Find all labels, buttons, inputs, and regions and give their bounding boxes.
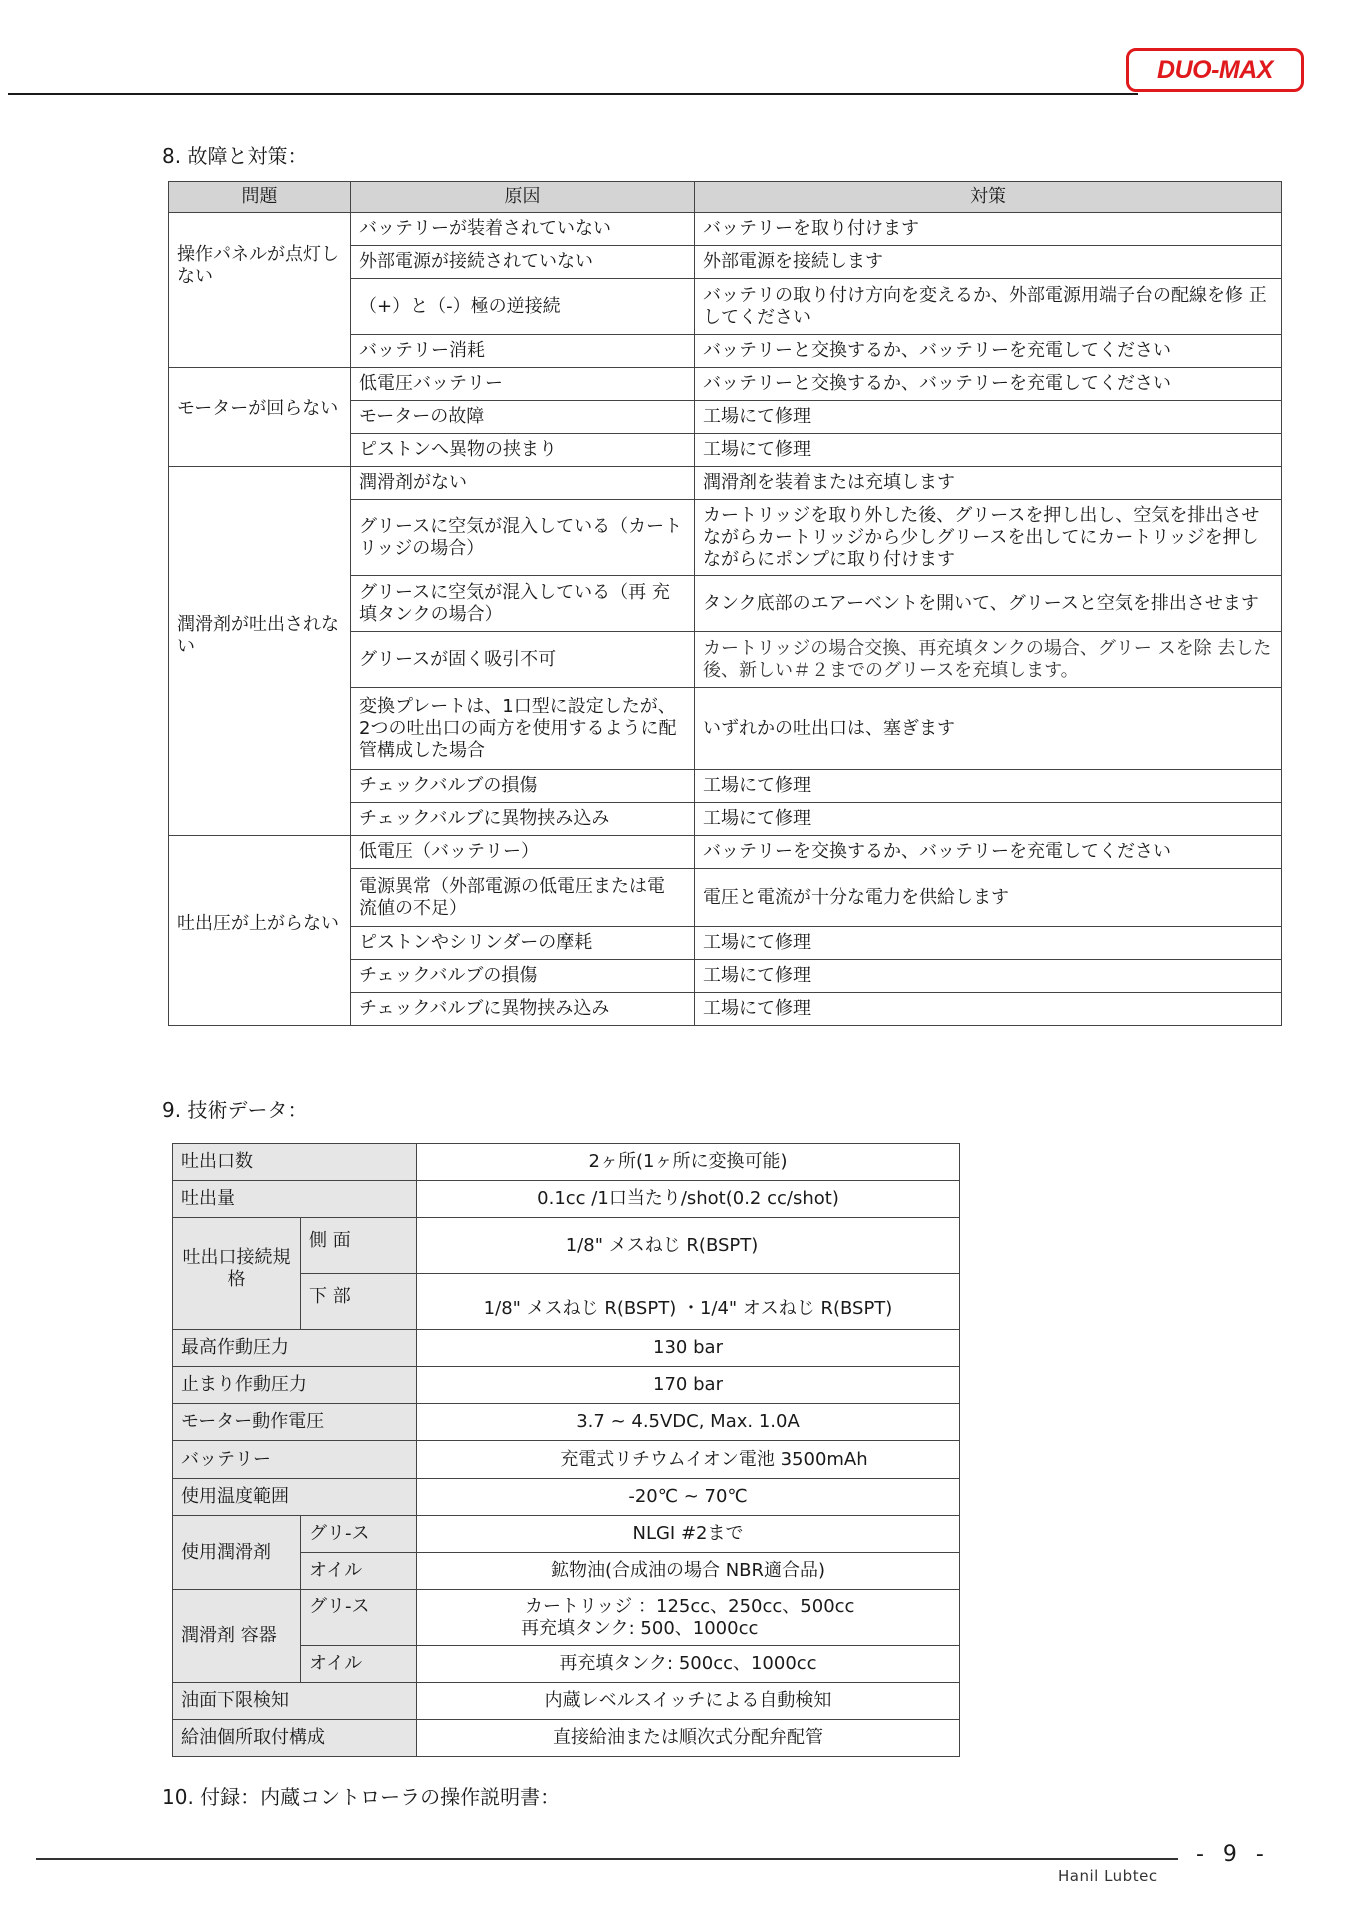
cause-cell: 変換プレートは、1口型に設定したが、2つの吐出口の両方を使用するように配管構成し… xyxy=(351,688,695,770)
section-10-title: 10. 付録：内蔵コントローラの操作説明書： xyxy=(162,1781,560,1810)
spec-sublabel: オイル xyxy=(301,1646,417,1683)
spec-label: 吐出口接続規格 xyxy=(173,1218,301,1330)
cause-cell: グリースが固く吸引不可 xyxy=(351,632,695,688)
duo-max-logo: DUO-MAX xyxy=(1126,48,1304,92)
spec-label: 給油個所取付構成 xyxy=(173,1720,417,1757)
spec-value: -20℃ ~ 70℃ xyxy=(417,1479,960,1516)
spec-row: 使用潤滑剤 グリ-ス NLGI #2まで xyxy=(173,1516,960,1553)
spec-value: 直接給油または順次式分配弁配管 xyxy=(417,1720,960,1757)
spec-label: 最高作動圧力 xyxy=(173,1330,417,1367)
cause-cell: 潤滑剤がない xyxy=(351,467,695,500)
table-row: モーターが回らない 低電圧バッテリー バッテリーと交換するか、バッテリーを充電し… xyxy=(169,368,1282,401)
cause-cell: チェックバルブの損傷 xyxy=(351,770,695,803)
remedy-cell: 工場にて修理 xyxy=(695,803,1282,836)
spec-value: カートリッジ ：125cc、250cc、500cc 再充填タンク: 500、10… xyxy=(417,1590,960,1646)
cause-cell: 低電圧バッテリー xyxy=(351,368,695,401)
remedy-cell: タンク底部のエアーベントを開いて、グリースと空気を排出させます xyxy=(695,576,1282,632)
spec-label: 止まり作動圧力 xyxy=(173,1367,417,1404)
technical-data-table: 吐出口数 2ヶ所(1ヶ所に変換可能) 吐出量 0.1cc /1口当たり/shot… xyxy=(172,1143,960,1757)
spec-row: 吐出口数 2ヶ所(1ヶ所に変換可能) xyxy=(173,1144,960,1181)
cause-cell: （+）と（-）極の逆接続 xyxy=(351,279,695,335)
remedy-cell: バッテリの取り付け方向を変えるか、外部電源用端子台の配線を修 正してください xyxy=(695,279,1282,335)
cause-cell: チェックバルブに異物挟み込み xyxy=(351,993,695,1026)
header-rule xyxy=(8,93,1138,95)
spec-label: 油面下限検知 xyxy=(173,1683,417,1720)
spec-row: 吐出量 0.1cc /1口当たり/shot(0.2 cc/shot) xyxy=(173,1181,960,1218)
table-row: 吐出圧が上がらない 低電圧（バッテリー） バッテリーを交換するか、バッテリーを充… xyxy=(169,836,1282,869)
spec-sublabel: 側 面 xyxy=(301,1218,417,1274)
spec-value: 再充填タンク: 500cc、1000cc xyxy=(417,1646,960,1683)
spec-value-line: 再充填タンク: 500、1000cc xyxy=(425,1618,951,1640)
remedy-cell: 工場にて修理 xyxy=(695,401,1282,434)
spec-row: バッテリー 充電式リチウムイオン電池 3500mAh xyxy=(173,1441,960,1479)
cause-cell: バッテリーが装着されていない xyxy=(351,213,695,246)
spec-value: 1/8" メスねじ R(BSPT) ・1/4" オスねじ R(BSPT) xyxy=(417,1274,960,1330)
spec-sublabel: オイル xyxy=(301,1553,417,1590)
cause-cell: 外部電源が接続されていない xyxy=(351,246,695,279)
column-header-remedy: 対策 xyxy=(695,182,1282,213)
spec-row: 給油個所取付構成 直接給油または順次式分配弁配管 xyxy=(173,1720,960,1757)
table-row: 潤滑剤が吐出されない 潤滑剤がない 潤滑剤を装着または充填します xyxy=(169,467,1282,500)
cause-cell: チェックバルブに異物挟み込み xyxy=(351,803,695,836)
remedy-cell: いずれかの吐出口は、塞ぎます xyxy=(695,688,1282,770)
spec-label: 潤滑剤 容器 xyxy=(173,1590,301,1683)
column-header-problem: 問題 xyxy=(169,182,351,213)
cause-cell: モーターの故障 xyxy=(351,401,695,434)
spec-sublabel: グリ-ス xyxy=(301,1590,417,1646)
spec-row: 使用温度範囲 -20℃ ~ 70℃ xyxy=(173,1479,960,1516)
remedy-cell: カートリッジの場合交換、再充填タンクの場合、グリー スを除 去した後、新しい＃２… xyxy=(695,632,1282,688)
spec-row: 油面下限検知 内蔵レベルスイッチによる自動検知 xyxy=(173,1683,960,1720)
spec-value-line: カートリッジ ：125cc、250cc、500cc xyxy=(425,1596,951,1618)
cause-cell: グリースに空気が混入している（カートリッジの場合） xyxy=(351,500,695,576)
spec-value: 鉱物油(合成油の場合 NBR適合品) xyxy=(417,1553,960,1590)
remedy-cell: バッテリーと交換するか、バッテリーを充電してください xyxy=(695,368,1282,401)
remedy-cell: バッテリーと交換するか、バッテリーを充電してください xyxy=(695,335,1282,368)
spec-value: 2ヶ所(1ヶ所に変換可能) xyxy=(417,1144,960,1181)
problem-cell: 操作パネルが点灯しない xyxy=(169,213,351,368)
spec-value: 170 bar xyxy=(417,1367,960,1404)
spec-row: 潤滑剤 容器 グリ-ス カートリッジ ：125cc、250cc、500cc 再充… xyxy=(173,1590,960,1646)
cause-cell: バッテリー消耗 xyxy=(351,335,695,368)
remedy-cell: 潤滑剤を装着または充填します xyxy=(695,467,1282,500)
remedy-cell: 工場にて修理 xyxy=(695,770,1282,803)
spec-label: 吐出量 xyxy=(173,1181,417,1218)
cause-cell: 電源異常（外部電源の低電圧または電 流値の不足） xyxy=(351,869,695,927)
spec-value: 3.7 ~ 4.5VDC, Max. 1.0A xyxy=(417,1404,960,1441)
footer-rule xyxy=(36,1858,1178,1860)
spec-sublabel: グリ-ス xyxy=(301,1516,417,1553)
spec-row: 最高作動圧力 130 bar xyxy=(173,1330,960,1367)
spec-sublabel: 下 部 xyxy=(301,1274,417,1330)
spec-label: モーター動作電圧 xyxy=(173,1404,417,1441)
spec-value: 内蔵レベルスイッチによる自動検知 xyxy=(417,1683,960,1720)
logo-text: DUO-MAX xyxy=(1157,56,1273,85)
cause-cell: グリースに空気が混入している（再 充 填タンクの場合） xyxy=(351,576,695,632)
spec-row: モーター動作電圧 3.7 ~ 4.5VDC, Max. 1.0A xyxy=(173,1404,960,1441)
cause-cell: チェックバルブの損傷 xyxy=(351,960,695,993)
remedy-cell: バッテリーを取り付けます xyxy=(695,213,1282,246)
remedy-cell: 工場にて修理 xyxy=(695,960,1282,993)
problem-cell: 潤滑剤が吐出されない xyxy=(169,467,351,836)
remedy-cell: 工場にて修理 xyxy=(695,993,1282,1026)
problem-cell: 吐出圧が上がらない xyxy=(169,836,351,1026)
company-name: Hanil Lubtec xyxy=(1058,1867,1158,1885)
spec-value: 130 bar xyxy=(417,1330,960,1367)
remedy-cell: 工場にて修理 xyxy=(695,927,1282,960)
remedy-cell: 電圧と電流が十分な電力を供給します xyxy=(695,869,1282,927)
spec-row: 吐出口接続規格 側 面 1/8" メスねじ R(BSPT) xyxy=(173,1218,960,1274)
column-header-cause: 原因 xyxy=(351,182,695,213)
troubleshooting-table: 問題 原因 対策 操作パネルが点灯しない バッテリーが装着されていない バッテリ… xyxy=(168,181,1282,1026)
spec-value: 1/8" メスねじ R(BSPT) xyxy=(417,1218,960,1274)
spec-label: 使用温度範囲 xyxy=(173,1479,417,1516)
cause-cell: ピストンへ異物の挟まり xyxy=(351,434,695,467)
section-9-title: 9. 技術データ： xyxy=(162,1094,307,1123)
problem-cell: モーターが回らない xyxy=(169,368,351,467)
spec-value: 0.1cc /1口当たり/shot(0.2 cc/shot) xyxy=(417,1181,960,1218)
spec-label: 吐出口数 xyxy=(173,1144,417,1181)
spec-label: 使用潤滑剤 xyxy=(173,1516,301,1590)
remedy-cell: カートリッジを取り外した後、グリースを押し出し、空気を排出させながらカートリッジ… xyxy=(695,500,1282,576)
cause-cell: ピストンやシリンダーの摩耗 xyxy=(351,927,695,960)
spec-value: NLGI #2まで xyxy=(417,1516,960,1553)
remedy-cell: 工場にて修理 xyxy=(695,434,1282,467)
remedy-cell: バッテリーを交換するか、バッテリーを充電してください xyxy=(695,836,1282,869)
table-row: 操作パネルが点灯しない バッテリーが装着されていない バッテリーを取り付けます xyxy=(169,213,1282,246)
spec-value: 充電式リチウムイオン電池 3500mAh xyxy=(417,1441,960,1479)
cause-cell: 低電圧（バッテリー） xyxy=(351,836,695,869)
remedy-cell: 外部電源を接続します xyxy=(695,246,1282,279)
section-8-title: 8. 故障と対策： xyxy=(162,140,307,169)
spec-label: バッテリー xyxy=(173,1441,417,1479)
spec-row: 止まり作動圧力 170 bar xyxy=(173,1367,960,1404)
page-number: - 9 - xyxy=(1196,1842,1270,1867)
table-header-row: 問題 原因 対策 xyxy=(169,182,1282,213)
